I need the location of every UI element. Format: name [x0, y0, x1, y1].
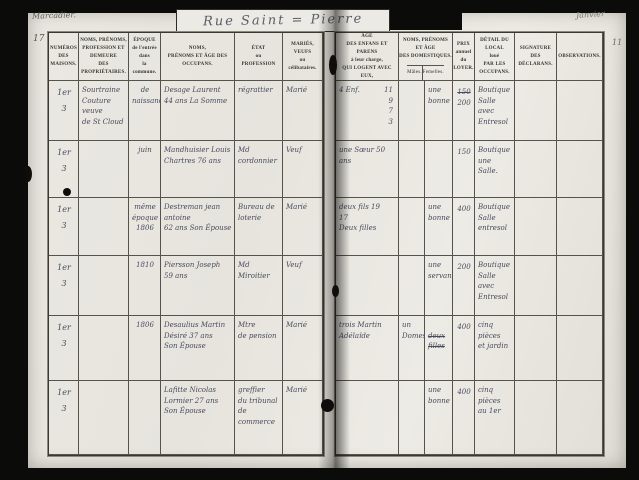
cell-proprietaire [79, 198, 129, 256]
cell-occupants: Destreman jean antoine 62 ans Son Épouse [161, 198, 235, 256]
header-domestiques-femelles: Femelles. [423, 66, 444, 80]
cell-observations [557, 141, 603, 198]
cell-observations [557, 198, 603, 256]
header-domestiques-label: NOMS, PRÉNOMS ET ÂGE DES DOMESTIQUES. [399, 33, 452, 65]
cell-occupants: Mandhuisier Louis Chartres 76 ans [161, 141, 235, 198]
header-observations: OBSERVATIONS. [557, 33, 603, 81]
cell-dom-males [399, 141, 425, 198]
cell-maison: 1er 3 [49, 316, 79, 381]
header-detail-local: DÉTAIL DU LOCAL loué PAR LES OCCUPANS. [475, 33, 515, 81]
register-table-left: NUMÉROS DES MAISONS. NOMS, PRÉNOMS, PROF… [48, 32, 324, 456]
cell-proprietaire: Sourtraine Couture veuve de St Cloud [79, 81, 129, 141]
margin-number: 17 [33, 34, 44, 44]
cell-prix: 400 [453, 198, 475, 256]
cell-maison: 1er 3 [49, 81, 79, 141]
cell-signature [515, 316, 557, 381]
cell-etat-civil: Marié [283, 381, 323, 455]
cell-profession: Md Miroitier [235, 256, 283, 316]
enfants-ages: 11 9 7 3 [377, 85, 396, 140]
cell-epoque: juin [129, 141, 161, 198]
cell-signature [515, 381, 557, 455]
cover-patch [390, 10, 462, 30]
cell-occupants: Lafitte Nicolas Lormier 27 ans Son Épous… [161, 381, 235, 455]
cell-occupants: Piersson Joseph 59 ans [161, 256, 235, 316]
cell-prix: 200 [453, 256, 475, 316]
cell-dom-males [399, 198, 425, 256]
cell-detail-local: cinq pièces et jardin [475, 316, 515, 381]
ink-blot [321, 399, 334, 412]
cell-occupants: Desaulius Martin Désiré 37 ans Son Épous… [161, 316, 235, 381]
cell-proprietaire [79, 316, 129, 381]
header-maries: MARIÉS, VEUFS ou célibataires. [283, 33, 323, 81]
dom-femelles-struck: deux filles [428, 332, 445, 351]
cell-prix: 150 200 [453, 81, 475, 141]
cell-dom-femelles: une servante [425, 256, 453, 316]
prix-value: 150 [457, 147, 470, 158]
cell-epoque: de naissance [129, 81, 161, 141]
cell-detail-local: Boutique Salle avec Entresol [475, 81, 515, 141]
prix-value: 400 [457, 387, 470, 398]
cell-epoque: même époque 1806 [129, 198, 161, 256]
cell-etat-civil: Marié [283, 316, 323, 381]
cell-profession: Md cordonnier [235, 141, 283, 198]
ink-blot [63, 188, 71, 196]
cell-etat-civil: Marié [283, 198, 323, 256]
cell-observations [557, 316, 603, 381]
cell-prix: 150 [453, 141, 475, 198]
cell-signature [515, 81, 557, 141]
cell-etat-civil: Marié [283, 81, 323, 141]
cell-etat-civil: Veuf [283, 141, 323, 198]
cell-dom-femelles: une bonne [425, 198, 453, 256]
handwritten-note: Marcadier. [32, 10, 76, 21]
cell-dom-femelles [425, 141, 453, 198]
prix-value: 400 [457, 204, 470, 215]
header-epoque: ÉPOQUE de l'entrée dans la commune. [129, 33, 161, 81]
cell-maison: 1er 3 [49, 381, 79, 455]
cell-profession: Mtre de pension [235, 316, 283, 381]
ink-blot [329, 55, 337, 75]
cell-dom-femelles: une bonne [425, 81, 453, 141]
ink-blot [24, 166, 32, 182]
header-maisons: NUMÉROS DES MAISONS. [49, 33, 79, 81]
cell-epoque: 1806 [129, 316, 161, 381]
street-title-box: Rue Saint = Pierre [176, 9, 390, 32]
header-signature: SIGNATURE DES DÉCLARANS. [515, 33, 557, 81]
cell-proprietaire [79, 381, 129, 455]
cell-signature [515, 198, 557, 256]
prix-old-value: 150 [457, 87, 470, 98]
cell-dom-males: un Domestique [399, 316, 425, 381]
cell-epoque [129, 381, 161, 455]
cell-maison: 1er 3 [49, 256, 79, 316]
header-domestiques-males: Mâles. [407, 66, 423, 80]
cell-prix: 400 [453, 381, 475, 455]
cell-observations [557, 381, 603, 455]
register-table-right: NOMS, PRÉNOMS ET ÂGE DES ENFANS ET PAREN… [335, 32, 604, 456]
cell-etat-civil: Veuf [283, 256, 323, 316]
scanned-register-page: Marcadier. 17 Rue Saint = Pierre Janvier… [0, 0, 639, 480]
cell-detail-local: Boutique Salle entresol [475, 198, 515, 256]
prix-value: 400 [457, 322, 470, 333]
header-prix: PRIX annuel du LOYER. [453, 33, 475, 81]
cell-occupants: Desage Laurent 44 ans La Somme [161, 81, 235, 141]
page-number: 11 [612, 38, 622, 47]
header-domestiques: NOMS, PRÉNOMS ET ÂGE DES DOMESTIQUES. Mâ… [399, 33, 453, 81]
cell-epoque: 1810 [129, 256, 161, 316]
cell-detail-local: Boutique une Salle. [475, 141, 515, 198]
cell-detail-local: cinq pièces au 1er [475, 381, 515, 455]
cell-profession: Bureau de loterie [235, 198, 283, 256]
header-etat: ÉTAT ou PROFESSION [235, 33, 283, 81]
prix-value: 200 [457, 262, 470, 273]
cell-proprietaire [79, 141, 129, 198]
cell-dom-males [399, 256, 425, 316]
cell-detail-local: Boutique Salle avec Entresol [475, 256, 515, 316]
cell-dom-males [399, 81, 425, 141]
cell-signature [515, 256, 557, 316]
prix-value: 200 [457, 98, 470, 109]
cell-profession: régrattier [235, 81, 283, 141]
cell-dom-femelles: deux filles [425, 316, 453, 381]
cell-prix: 400 [453, 316, 475, 381]
header-proprietaires: NOMS, PRÉNOMS, PROFESSION ET DEMEURE DES… [79, 33, 129, 81]
header-occupans: NOMS, PRÉNOMS ET ÂGE DES OCCUPANS. [161, 33, 235, 81]
cell-observations [557, 256, 603, 316]
cell-dom-males [399, 381, 425, 455]
cell-proprietaire [79, 256, 129, 316]
cell-maison: 1er 3 [49, 198, 79, 256]
cell-signature [515, 141, 557, 198]
ink-blot [332, 285, 339, 297]
cell-observations [557, 81, 603, 141]
cell-dom-femelles: une bonne [425, 381, 453, 455]
cell-profession: greffier du tribunal de commerce [235, 381, 283, 455]
